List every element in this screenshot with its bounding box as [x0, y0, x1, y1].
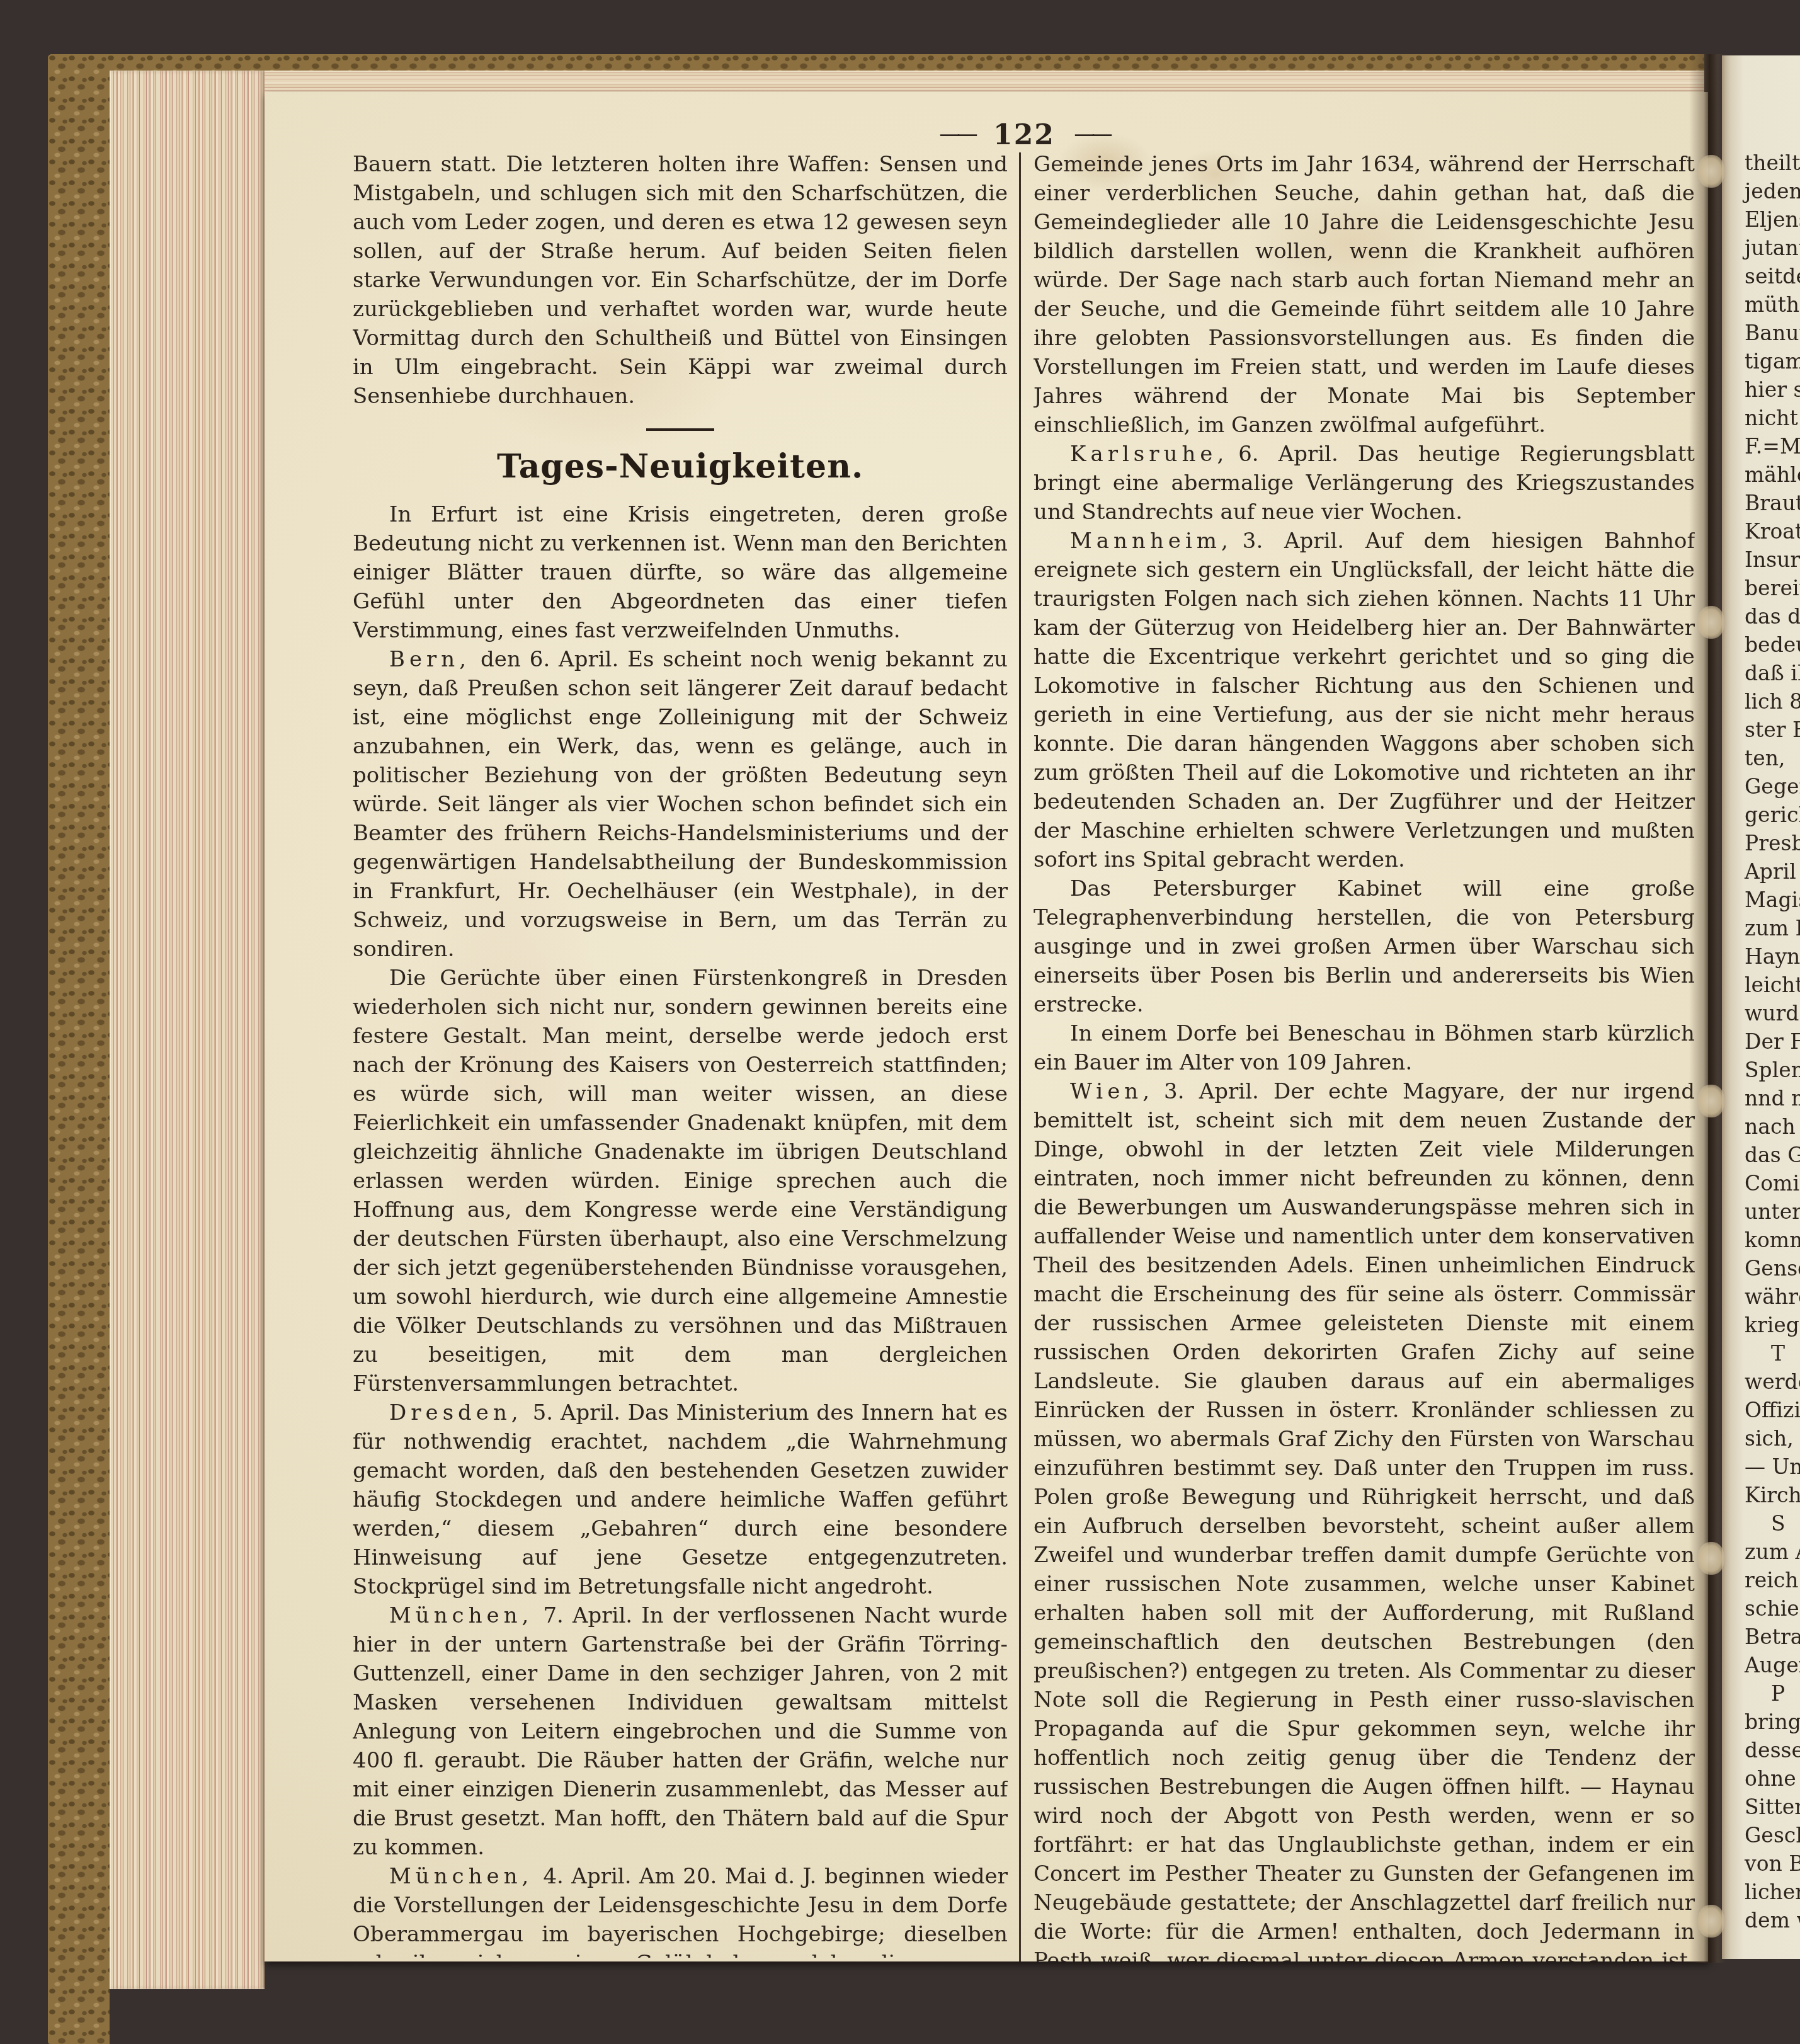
article-paragraph: München,4. April. Am 20. Mai d. J. begin… — [353, 1862, 1008, 1958]
newspaper-page: —— 122 —— Bauern statt. Die letzteren ho… — [265, 92, 1708, 1961]
column-divider-rule — [1019, 152, 1021, 1961]
page-stack-left-edge — [110, 71, 265, 1989]
binding-stitch — [1698, 1085, 1724, 1117]
dateline: Bern, — [389, 647, 470, 672]
article-paragraph: Dresden,5. April. Das Ministerium des In… — [353, 1398, 1008, 1601]
page-header: —— 122 —— — [353, 116, 1695, 154]
dateline: Karlsruhe, — [1070, 442, 1228, 467]
article-paragraph: In Erfurt ist eine Krisis eingetreten, d… — [353, 500, 1008, 645]
article-paragraph: Das Petersburger Kabinet will eine große… — [1034, 874, 1695, 1019]
article-paragraph: In einem Dorfe bei Beneschau in Böhmen s… — [1034, 1019, 1695, 1077]
header-ornament-right: —— — [1074, 127, 1109, 143]
article-paragraph: München,7. April. In der verflossenen Na… — [353, 1601, 1008, 1862]
binding-stitch — [1698, 1542, 1724, 1575]
page-stack-top-edge — [110, 71, 1704, 93]
facing-page-text: theilte, jedenfa Eljens jutant seitdem m… — [1745, 149, 1800, 1934]
binding-stitch — [1698, 606, 1724, 639]
article-paragraph: Bern,den 6. April. Es scheint noch wenig… — [353, 645, 1008, 964]
facing-page-fragment: theilte, jedenfa Eljens jutant seitdem m… — [1722, 55, 1800, 1959]
section-divider — [646, 428, 714, 431]
section-heading: Tages-Neuigkeiten. — [353, 452, 1008, 481]
text-column-left: Bauern statt. Die letzteren holten ihre … — [353, 150, 1008, 1958]
binding-stitch — [1698, 1905, 1724, 1938]
article-paragraph: Mannheim,3. April. Auf dem hiesigen Bahn… — [1034, 527, 1695, 874]
dateline: München, — [389, 1603, 533, 1628]
article-paragraph: Die Gerüchte über einen Fürstenkongreß i… — [353, 964, 1008, 1398]
dateline: Mannheim, — [1070, 528, 1233, 554]
article-paragraph: Karlsruhe,6. April. Das heutige Regierun… — [1034, 440, 1695, 527]
dateline: Dresden, — [389, 1400, 523, 1425]
binding-gutter — [1689, 54, 1726, 1963]
binding-stitch — [1698, 155, 1724, 188]
article-paragraph: Bauern statt. Die letzteren holten ihre … — [353, 150, 1008, 411]
text-column-middle: Gemeinde jenes Orts im Jahr 1634, währen… — [1034, 150, 1695, 1961]
header-ornament-left: —— — [939, 127, 974, 143]
article-paragraph: Wien,3. April. Der echte Magyare, der nu… — [1034, 1077, 1695, 1961]
dateline: Wien, — [1070, 1079, 1154, 1104]
page-number: 122 — [993, 119, 1055, 151]
book-cover-left-edge — [48, 54, 110, 2044]
dateline: München, — [389, 1864, 533, 1889]
article-paragraph: Gemeinde jenes Orts im Jahr 1634, währen… — [1034, 150, 1695, 440]
